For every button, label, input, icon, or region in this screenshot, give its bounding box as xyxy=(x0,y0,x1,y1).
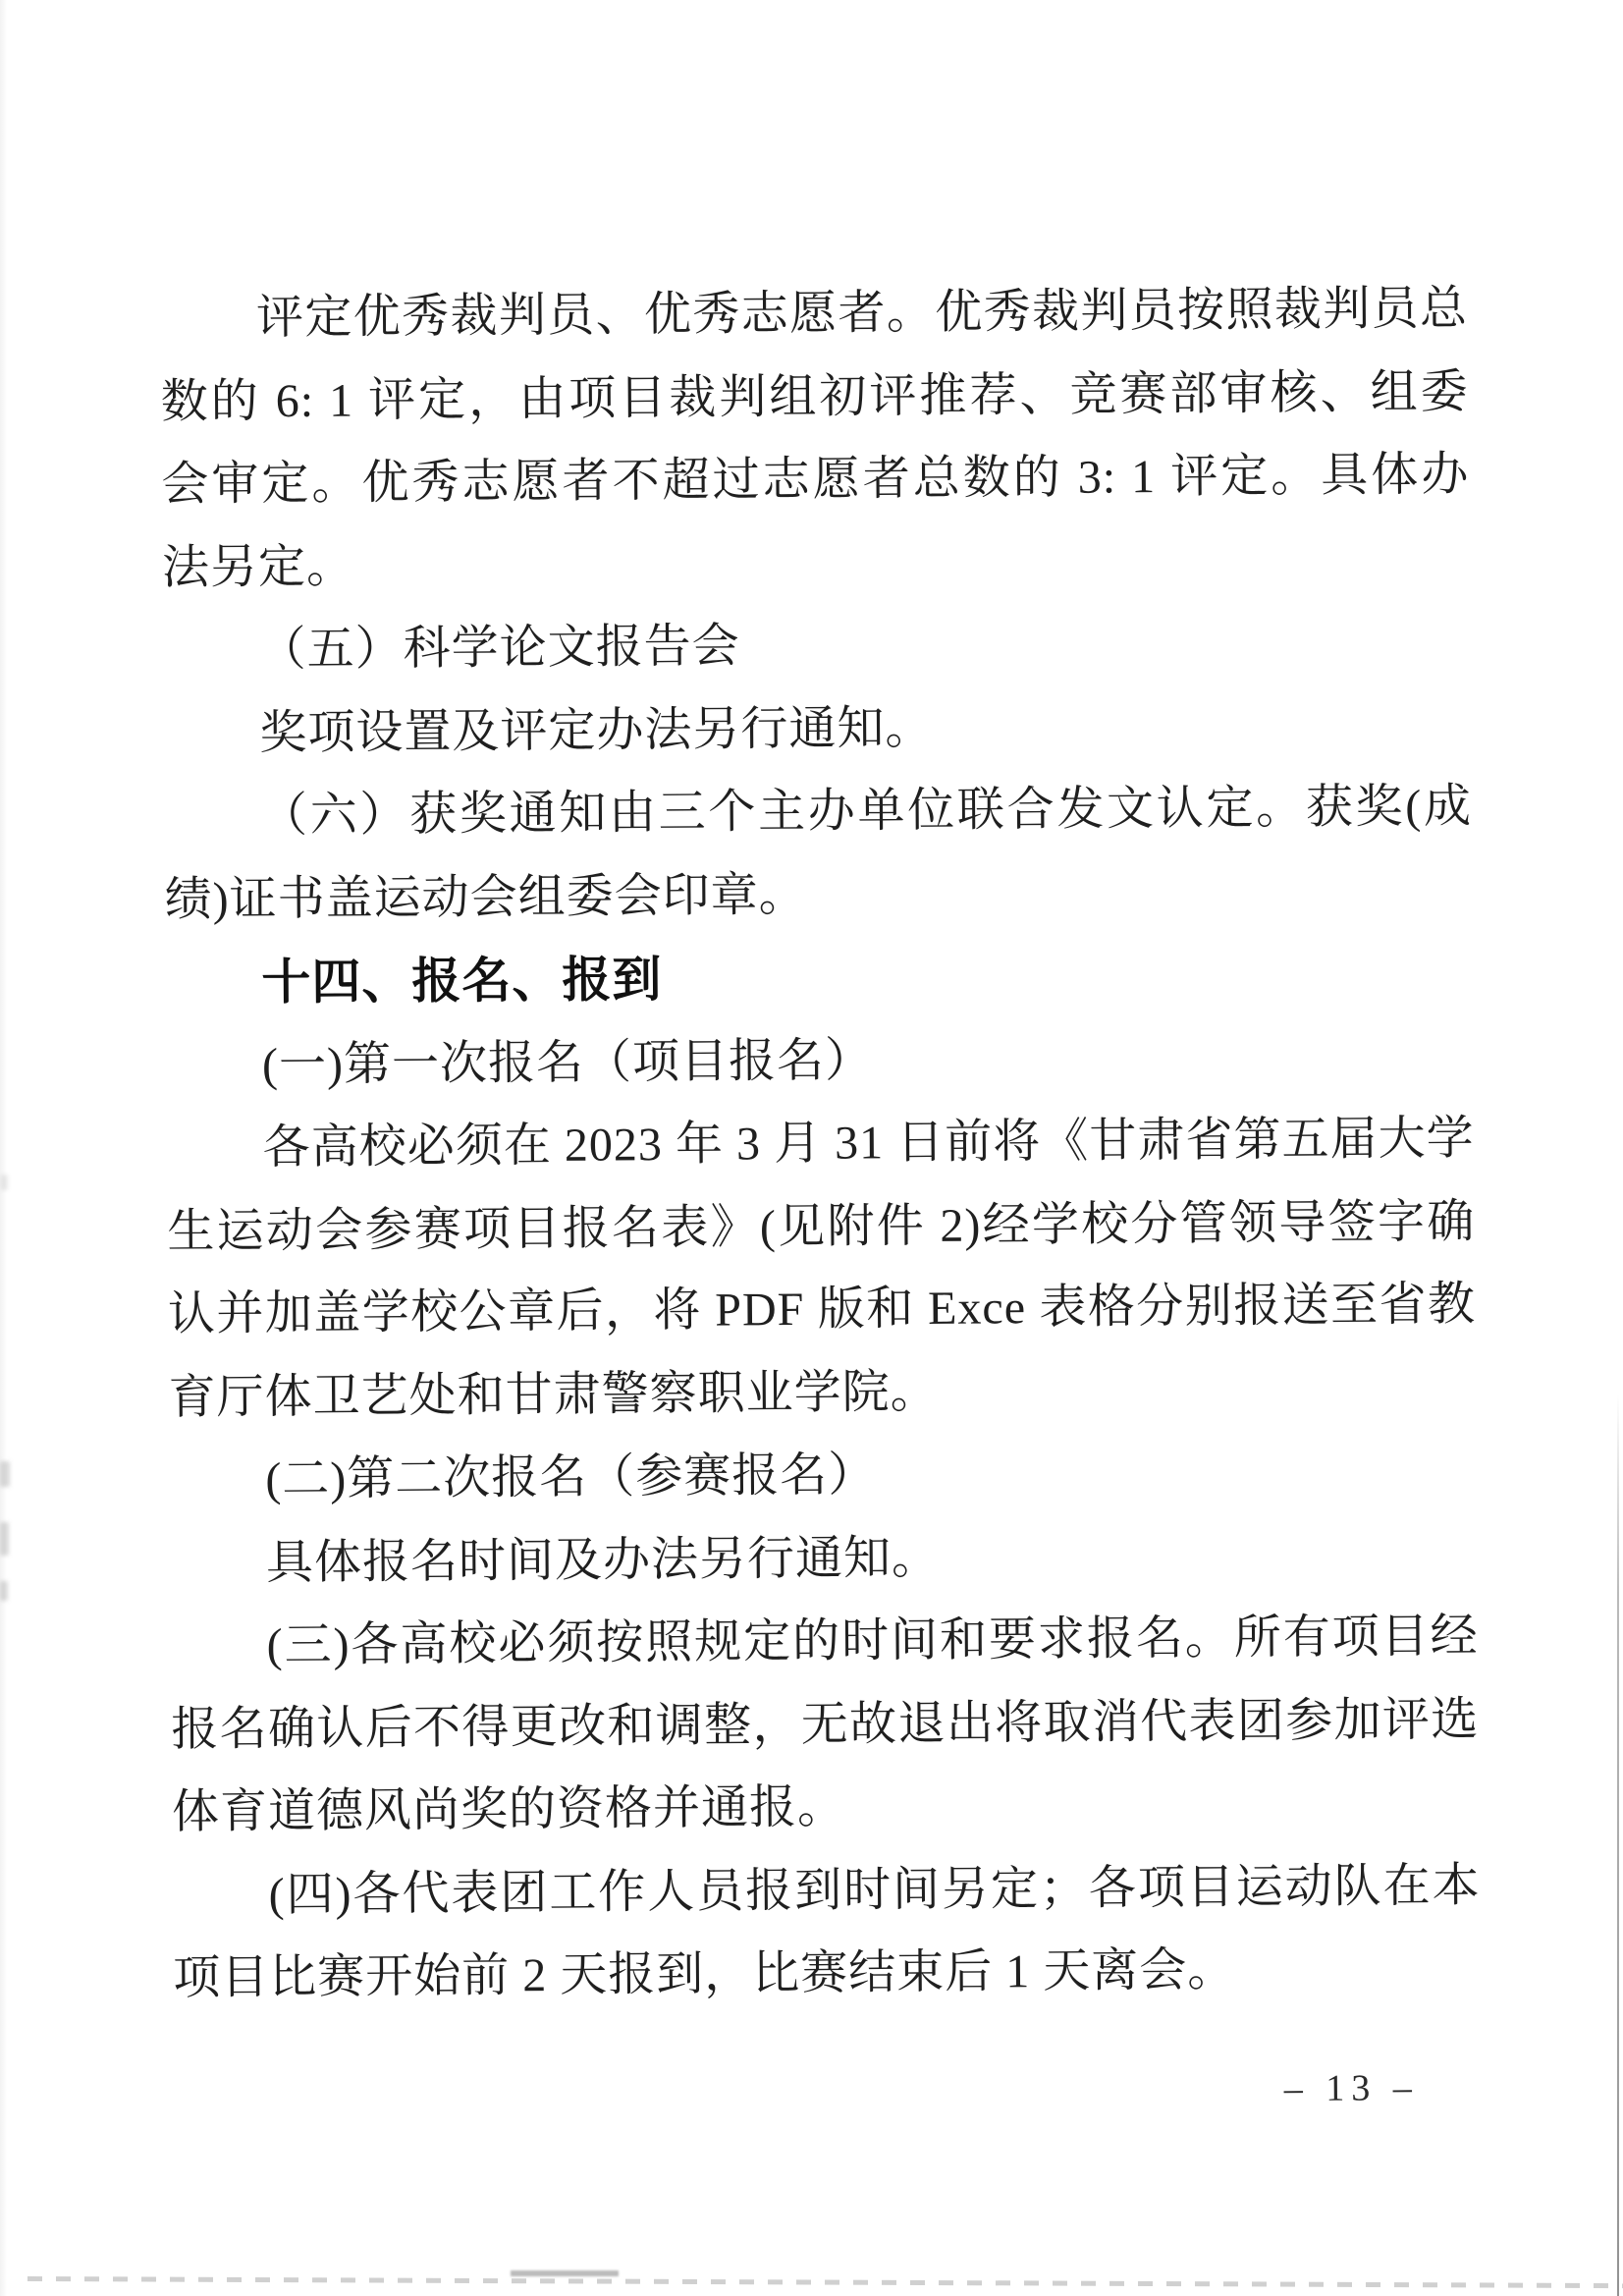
scan-skew-wrapper: 评定优秀裁判员、优秀志愿者。优秀裁判员按照裁判员总 数的 6: 1 评定，由项目… xyxy=(0,0,1623,2296)
body-line: 认并加盖学校公章后，将 PDF 版和 Exce 表格分别报送至省教 xyxy=(168,1264,1477,1357)
body-line: 法另定。 xyxy=(162,517,1471,610)
scan-right-edge-line xyxy=(1617,1394,1619,2296)
body-line: 奖项设置及评定办法另行通知。 xyxy=(163,683,1472,776)
body-line: 生运动会参赛项目报名表》(见附件 2)经学校分管领导签字确 xyxy=(167,1180,1476,1274)
body-line: 育厅体卫艺处和甘肃警察职业学院。 xyxy=(168,1346,1477,1440)
section-heading: 十四、报名、报到 xyxy=(165,932,1474,1025)
body-line: 报名确认后不得更改和调整，无故退出将取消代表团参加评选 xyxy=(171,1678,1480,1772)
scan-smudge xyxy=(0,1581,8,1601)
scan-bottom-artifact xyxy=(511,2270,619,2276)
subsection-heading: （五）科学论文报告会 xyxy=(162,600,1471,693)
scan-smudge xyxy=(1,1175,8,1190)
body-line: 各高校必须在 2023 年 3 月 31 日前将《甘肃省第五届大学 xyxy=(166,1098,1475,1191)
scanned-document-page: 评定优秀裁判员、优秀志愿者。优秀裁判员按照裁判员总 数的 6: 1 评定，由项目… xyxy=(0,0,1623,2296)
body-line: 绩)证书盖运动会组委会印章。 xyxy=(164,848,1473,942)
subsection-heading: (一)第一次报名（项目报名） xyxy=(166,1014,1475,1108)
body-line: 数的 6: 1 评定，由项目裁判组初评推荐、竞赛部审核、组委 xyxy=(160,351,1469,444)
scan-edge-shadow xyxy=(0,0,7,2296)
body-line: 评定优秀裁判员、优秀志愿者。优秀裁判员按照裁判员总 xyxy=(160,268,1469,361)
body-line: 具体报名时间及办法另行通知。 xyxy=(170,1512,1479,1606)
body-line: （六）获奖通知由三个主办单位联合发文认定。获奖(成 xyxy=(164,766,1473,859)
scan-smudge xyxy=(0,1461,10,1487)
body-line: 体育道德风尚奖的资格并通报。 xyxy=(172,1762,1481,1855)
page-number: – 13 – xyxy=(1272,2064,1430,2112)
body-line: (四)各代表团工作人员报到时间另定；各项目运动队在本 xyxy=(172,1844,1481,1938)
subsection-heading: (二)第二次报名（参赛报名） xyxy=(169,1430,1478,1523)
document-body: 评定优秀裁判员、优秀志愿者。优秀裁判员按照裁判员总 数的 6: 1 评定，由项目… xyxy=(160,268,1482,2021)
body-line: 会审定。优秀志愿者不超过志愿者总数的 3: 1 评定。具体办 xyxy=(161,434,1470,527)
body-line: 项目比赛开始前 2 天报到，比赛结束后 1 天离会。 xyxy=(173,1928,1482,2021)
body-line: (三)各高校必须按照规定的时间和要求报名。所有项目经 xyxy=(170,1596,1479,1689)
scan-smudge xyxy=(0,1522,9,1556)
